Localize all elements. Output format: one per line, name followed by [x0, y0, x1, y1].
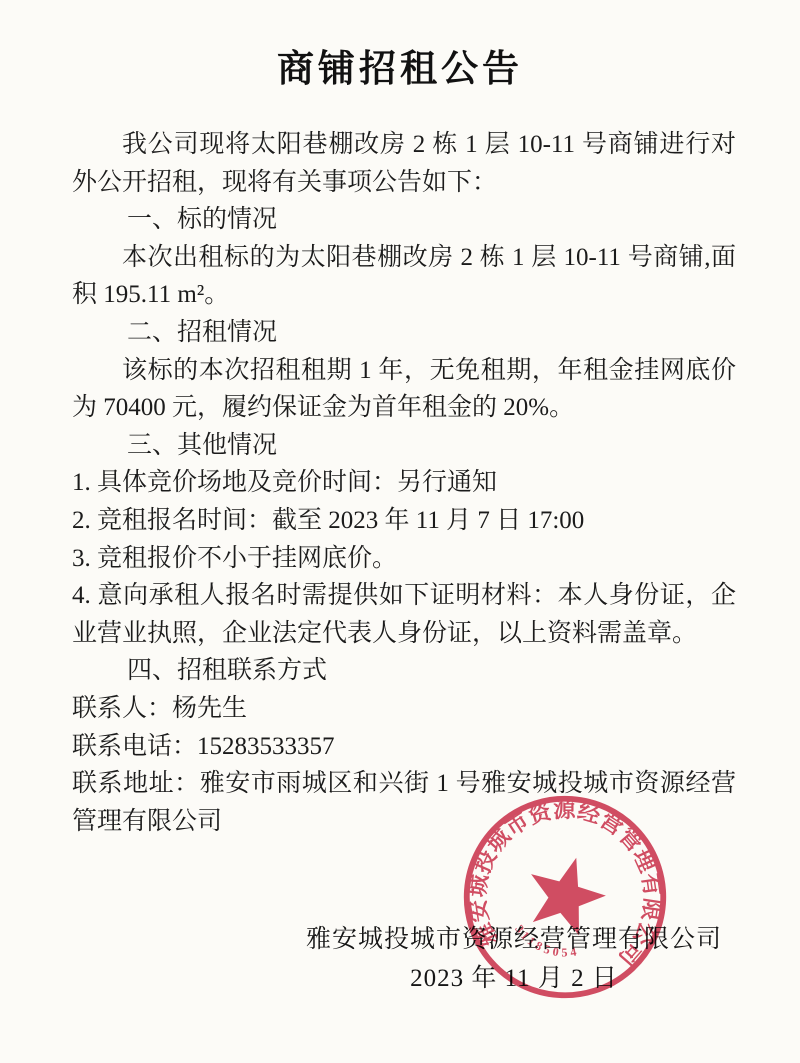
- page-title: 商铺招租公告: [0, 0, 800, 92]
- section-4-heading: 四、招租联系方式: [72, 652, 736, 690]
- list-item-4: 4. 意向承租人报名时需提供如下证明材料：本人身份证，企业营业执照，企业法定代表…: [72, 577, 736, 652]
- section-1-heading: 一、标的情况: [72, 201, 736, 239]
- intro-paragraph: 我公司现将太阳巷棚改房 2 栋 1 层 10-11 号商铺进行对外公开招租，现将…: [72, 126, 736, 201]
- contact-phone-line: 联系电话：15283533357: [72, 728, 736, 766]
- list-item-1: 1. 具体竞价场地及竞价时间：另行通知: [72, 464, 736, 502]
- section-2-heading: 二、招租情况: [72, 314, 736, 352]
- signature-company: 雅安城投城市资源经营管理有限公司: [306, 921, 722, 959]
- signature-date: 2023 年 11 月 2 日: [306, 960, 722, 998]
- section-1-paragraph: 本次出租标的为太阳巷棚改房 2 栋 1 层 10-11 号商铺,面积 195.1…: [72, 239, 736, 314]
- document-page: 商铺招租公告 我公司现将太阳巷棚改房 2 栋 1 层 10-11 号商铺进行对外…: [0, 0, 800, 1063]
- section-2-paragraph: 该标的本次招租租期 1 年，无免租期，年租金挂网底价为 70400 元，履约保证…: [72, 352, 736, 427]
- contact-person-line: 联系人：杨先生: [72, 690, 736, 728]
- document-body: 我公司现将太阳巷棚改房 2 栋 1 层 10-11 号商铺进行对外公开招租，现将…: [72, 126, 736, 840]
- list-item-3: 3. 竞租报价不小于挂网底价。: [72, 540, 736, 578]
- signature-block: 雅安城投城市资源经营管理有限公司 2023 年 11 月 2 日: [306, 921, 722, 998]
- list-item-2: 2. 竞租报名时间：截至 2023 年 11 月 7 日 17:00: [72, 502, 736, 540]
- contact-address-line: 联系地址：雅安市雨城区和兴街 1 号雅安城投城市资源经营管理有限公司: [72, 765, 736, 840]
- section-3-heading: 三、其他情况: [72, 427, 736, 465]
